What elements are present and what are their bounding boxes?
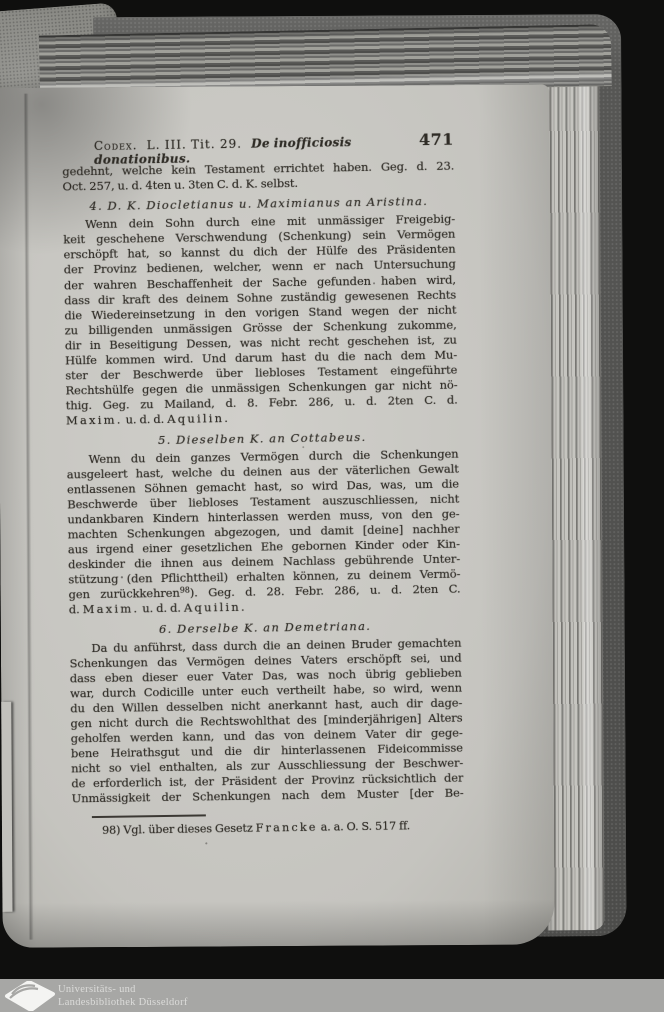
library-name: Universitäts- und Landesbibliothek Düsse…: [58, 983, 188, 1009]
underlying-page-edge: [1, 702, 12, 912]
header-reference: L. III. Tit. 29.: [147, 137, 243, 152]
book-photo: Codex. L. III. Tit. 29. De inofficiosis …: [0, 0, 664, 1012]
ulb-duesseldorf-logo: [4, 981, 56, 1011]
library-name-line1: Universitäts- und: [58, 983, 188, 996]
page-number: 471: [419, 130, 454, 150]
text-flow: gedehnt, welche kein Testament errichtet…: [62, 159, 463, 807]
scan-viewport: Codex. L. III. Tit. 29. De inofficiosis …: [0, 0, 664, 1012]
page-text: Codex. L. III. Tit. 29. De inofficiosis …: [62, 130, 464, 838]
library-watermark-bar: Universitäts- und Landesbibliothek Düsse…: [0, 979, 664, 1012]
footnote-rule: [92, 814, 206, 818]
library-name-line2: Landesbibliothek Düsseldorf: [58, 996, 188, 1009]
header-codex-label: Codex.: [94, 138, 138, 153]
